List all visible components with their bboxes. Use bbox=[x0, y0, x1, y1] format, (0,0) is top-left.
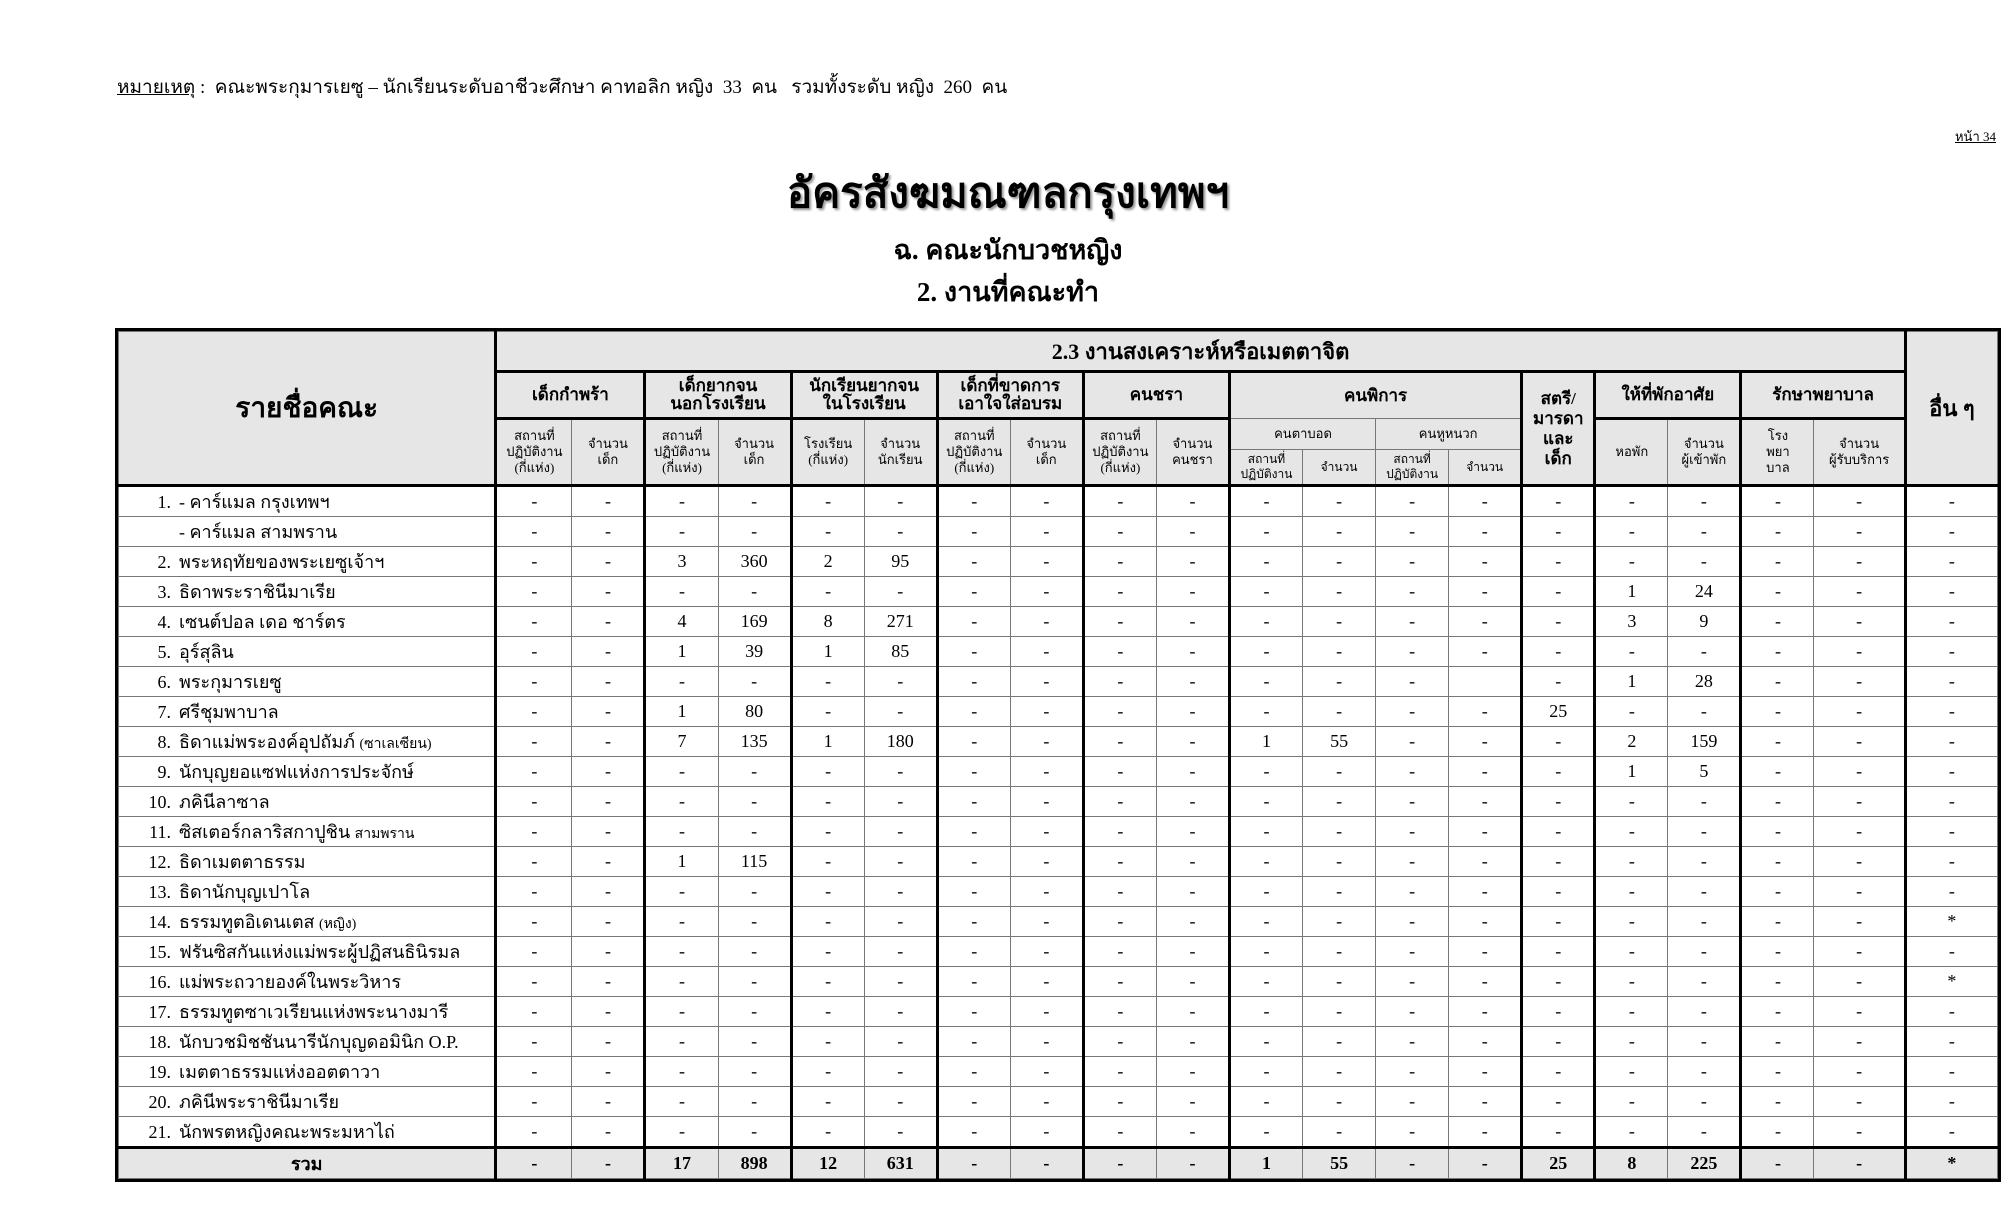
value-cell: - bbox=[791, 907, 864, 937]
value-cell: - bbox=[1522, 967, 1595, 997]
value-cell: - bbox=[496, 697, 572, 727]
value-cell: - bbox=[1303, 937, 1376, 967]
value-cell: 17 bbox=[645, 1148, 718, 1179]
value-cell: - bbox=[1668, 877, 1741, 907]
value-cell: 631 bbox=[864, 1148, 937, 1179]
value-cell: - bbox=[645, 1027, 718, 1057]
value-cell: - bbox=[1376, 937, 1449, 967]
header-nursing: รักษาพยาบาล bbox=[1741, 372, 1905, 419]
value-cell: - bbox=[1303, 697, 1376, 727]
value-cell: - bbox=[1376, 727, 1449, 757]
value-cell: - bbox=[1376, 577, 1449, 607]
value-cell: - bbox=[1449, 1148, 1522, 1179]
value-cell: - bbox=[1741, 817, 1814, 847]
value-cell: - bbox=[1229, 847, 1302, 877]
congregation-name: 7.ศรีชุมพาบาล bbox=[119, 697, 496, 727]
value-cell: - bbox=[1083, 637, 1156, 667]
value-cell: - bbox=[864, 517, 937, 547]
value-cell: - bbox=[496, 1027, 572, 1057]
value-cell: - bbox=[1449, 997, 1522, 1027]
value-cell: - bbox=[1083, 1027, 1156, 1057]
value-cell: - bbox=[1083, 1057, 1156, 1087]
value-cell: - bbox=[1449, 486, 1522, 517]
congregation-name: 4.เซนต์ปอล เดอ ชาร์ตร bbox=[119, 607, 496, 637]
table-row: 9.นักบุญยอแซฟแห่งการประจักษ์------------… bbox=[119, 757, 1998, 787]
table-row: 19.เมตตาธรรมแห่งออตตาวา-----------------… bbox=[119, 1057, 1998, 1087]
value-cell: - bbox=[1156, 967, 1229, 997]
value-cell: - bbox=[1814, 1148, 1905, 1179]
congregation-name: 6.พระกุมารเยซู bbox=[119, 667, 496, 697]
value-cell: - bbox=[1741, 577, 1814, 607]
value-cell: - bbox=[572, 877, 645, 907]
row-number: 9. bbox=[127, 762, 171, 783]
value-cell: - bbox=[1376, 1027, 1449, 1057]
value-cell: - bbox=[1376, 1057, 1449, 1087]
value-cell: - bbox=[1814, 1117, 1905, 1148]
congregation-name-text: นักพรตหญิงคณะพระมหาไถ่ bbox=[179, 1122, 395, 1142]
value-cell: - bbox=[572, 757, 645, 787]
value-cell: - bbox=[864, 667, 937, 697]
value-cell: 24 bbox=[1668, 577, 1741, 607]
value-cell: - bbox=[791, 1087, 864, 1117]
table-row: 16.แม่พระถวายองค์ในพระวิหาร-------------… bbox=[119, 967, 1998, 997]
value-cell: - bbox=[864, 847, 937, 877]
value-cell: - bbox=[791, 877, 864, 907]
table-row: 15.ฟรันซิสกันแห่งแม่พระผู้ปฏิสนธินิรมล--… bbox=[119, 937, 1998, 967]
value-cell: - bbox=[1668, 1117, 1741, 1148]
value-cell: - bbox=[1376, 967, 1449, 997]
value-cell: - bbox=[645, 967, 718, 997]
value-cell: - bbox=[1010, 727, 1083, 757]
value-cell: - bbox=[572, 817, 645, 847]
value-cell: - bbox=[1303, 997, 1376, 1027]
value-cell: - bbox=[496, 577, 572, 607]
value-cell: - bbox=[1156, 997, 1229, 1027]
value-cell: - bbox=[1303, 517, 1376, 547]
footnote-label: หมายเหตุ bbox=[117, 77, 195, 98]
value-cell: - bbox=[1083, 517, 1156, 547]
value-cell: - bbox=[937, 757, 1010, 787]
value-cell: 1 bbox=[645, 637, 718, 667]
page-number: หน้า 34 bbox=[1955, 126, 1996, 147]
value-cell: - bbox=[937, 1087, 1010, 1117]
value-cell: - bbox=[1595, 1027, 1668, 1057]
value-cell: - bbox=[1010, 907, 1083, 937]
value-cell: - bbox=[1595, 547, 1668, 577]
value-cell: - bbox=[1668, 967, 1741, 997]
value-cell: - bbox=[1376, 1117, 1449, 1148]
value-cell: - bbox=[937, 967, 1010, 997]
value-cell: - bbox=[1303, 967, 1376, 997]
value-cell: - bbox=[572, 787, 645, 817]
value-cell: - bbox=[1595, 1087, 1668, 1117]
value-cell: - bbox=[1156, 577, 1229, 607]
welfare-work-table: รายชื่อคณะ 2.3 งานสงเคราะห์หรือเมตตาจิต … bbox=[118, 331, 1998, 1179]
value-cell: - bbox=[1229, 907, 1302, 937]
row-number: 5. bbox=[127, 642, 171, 663]
value-cell: 1 bbox=[1229, 727, 1302, 757]
value-cell: - bbox=[718, 937, 791, 967]
value-cell: - bbox=[496, 967, 572, 997]
value-cell: - bbox=[1741, 727, 1814, 757]
value-cell: - bbox=[1010, 577, 1083, 607]
value-cell: - bbox=[1905, 1057, 1997, 1087]
header-dormitory: หอพัก bbox=[1595, 419, 1668, 486]
value-cell: - bbox=[1156, 757, 1229, 787]
row-number: 10. bbox=[127, 792, 171, 813]
header-poor-students-count: จำนวนนักเรียน bbox=[864, 419, 937, 486]
value-cell: - bbox=[1156, 1148, 1229, 1179]
value-cell: - bbox=[1303, 817, 1376, 847]
value-cell: - bbox=[1741, 1087, 1814, 1117]
value-cell: - bbox=[645, 877, 718, 907]
congregation-name: 13.ธิดานักบุญเปาโล bbox=[119, 877, 496, 907]
table-row: 10.ภคินีลาซาล-------------------- bbox=[119, 787, 1998, 817]
value-cell: - bbox=[1156, 937, 1229, 967]
value-cell: - bbox=[1156, 1057, 1229, 1087]
header-elderly-count: จำนวนคนชรา bbox=[1156, 419, 1229, 486]
value-cell: - bbox=[791, 486, 864, 517]
value-cell: - bbox=[1449, 1027, 1522, 1057]
value-cell: - bbox=[718, 877, 791, 907]
value-cell: - bbox=[1010, 517, 1083, 547]
value-cell: - bbox=[1303, 907, 1376, 937]
value-cell: - bbox=[1010, 877, 1083, 907]
value-cell: 55 bbox=[1303, 727, 1376, 757]
table-row: 8.ธิดาแม่พระองค์อุปถัมภ์ (ซาเลเซียน)--71… bbox=[119, 727, 1998, 757]
value-cell: - bbox=[1741, 607, 1814, 637]
value-cell: - bbox=[645, 997, 718, 1027]
value-cell: - bbox=[1814, 907, 1905, 937]
table-row: 3.ธิดาพระราชินีมาเรีย---------------124-… bbox=[119, 577, 1998, 607]
row-number: 2. bbox=[127, 552, 171, 573]
value-cell: - bbox=[1449, 517, 1522, 547]
value-cell: - bbox=[572, 637, 645, 667]
value-cell: - bbox=[1668, 1087, 1741, 1117]
value-cell: - bbox=[1522, 607, 1595, 637]
value-cell: - bbox=[1303, 1027, 1376, 1057]
row-number: 21. bbox=[127, 1122, 171, 1143]
header-deaf-places: สถานที่ปฏิบัติงาน bbox=[1376, 450, 1449, 486]
value-cell: - bbox=[572, 607, 645, 637]
value-cell: - bbox=[1083, 967, 1156, 997]
value-cell: - bbox=[1010, 1117, 1083, 1148]
value-cell: - bbox=[1083, 997, 1156, 1027]
value-cell: - bbox=[1905, 547, 1997, 577]
congregation-name: 19.เมตตาธรรมแห่งออตตาวา bbox=[119, 1057, 496, 1087]
header-blind: คนตาบอด bbox=[1229, 419, 1375, 450]
value-cell: 1 bbox=[645, 847, 718, 877]
value-cell: 2 bbox=[1595, 727, 1668, 757]
value-cell: - bbox=[1595, 787, 1668, 817]
value-cell: - bbox=[1156, 637, 1229, 667]
value-cell: - bbox=[864, 787, 937, 817]
value-cell: - bbox=[1156, 1027, 1229, 1057]
value-cell: - bbox=[1905, 757, 1997, 787]
value-cell: - bbox=[1449, 937, 1522, 967]
value-cell: - bbox=[1814, 1027, 1905, 1057]
congregation-name-text: - คาร์แมล สามพราน bbox=[179, 522, 337, 542]
value-cell: - bbox=[1229, 817, 1302, 847]
header-orphans: เด็กกำพร้า bbox=[496, 372, 645, 419]
value-cell: - bbox=[496, 997, 572, 1027]
value-cell: - bbox=[1668, 486, 1741, 517]
value-cell: - bbox=[791, 967, 864, 997]
table-row: 12.ธิดาเมตตาธรรม--1115---------------- bbox=[119, 847, 1998, 877]
table-row: 18.นักบวชมิชชันนารีนักบุญดอมินิก O.P.---… bbox=[119, 1027, 1998, 1057]
value-cell: - bbox=[1449, 727, 1522, 757]
value-cell: - bbox=[1741, 997, 1814, 1027]
value-cell: * bbox=[1905, 967, 1997, 997]
congregation-name-text: นักบุญยอแซฟแห่งการประจักษ์ bbox=[179, 762, 414, 782]
congregation-name: 12.ธิดาเมตตาธรรม bbox=[119, 847, 496, 877]
value-cell: - bbox=[791, 787, 864, 817]
value-cell: - bbox=[1905, 667, 1997, 697]
value-cell: 39 bbox=[718, 637, 791, 667]
value-cell: - bbox=[864, 817, 937, 847]
value-cell: - bbox=[1814, 967, 1905, 997]
header-disabled: คนพิการ bbox=[1229, 372, 1521, 419]
header-blind-count: จำนวน bbox=[1303, 450, 1376, 486]
value-cell: - bbox=[645, 577, 718, 607]
value-cell: - bbox=[496, 1117, 572, 1148]
value-cell: - bbox=[1522, 667, 1595, 697]
value-cell: - bbox=[496, 877, 572, 907]
congregation-name: - คาร์แมล สามพราน bbox=[119, 517, 496, 547]
value-cell: - bbox=[1229, 697, 1302, 727]
value-cell: - bbox=[1229, 486, 1302, 517]
value-cell: - bbox=[718, 1057, 791, 1087]
value-cell: - bbox=[1905, 877, 1997, 907]
value-cell: 55 bbox=[1303, 1148, 1376, 1179]
value-cell: - bbox=[1741, 697, 1814, 727]
row-number: 12. bbox=[127, 852, 171, 873]
value-cell: - bbox=[1303, 1057, 1376, 1087]
value-cell: - bbox=[1083, 607, 1156, 637]
congregation-name-text: ฟรันซิสกันแห่งแม่พระผู้ปฏิสนธินิรมล bbox=[179, 942, 460, 962]
value-cell: - bbox=[572, 697, 645, 727]
value-cell: - bbox=[645, 1087, 718, 1117]
value-cell: - bbox=[1083, 1087, 1156, 1117]
value-cell: 115 bbox=[718, 847, 791, 877]
value-cell: - bbox=[1814, 486, 1905, 517]
value-cell: - bbox=[496, 727, 572, 757]
value-cell: - bbox=[1376, 877, 1449, 907]
table-row: - คาร์แมล สามพราน-------------------- bbox=[119, 517, 1998, 547]
value-cell: - bbox=[718, 486, 791, 517]
value-cell: - bbox=[1814, 787, 1905, 817]
header-hospital: โรงพยาบาล bbox=[1741, 419, 1814, 486]
value-cell: - bbox=[1814, 757, 1905, 787]
value-cell: - bbox=[645, 757, 718, 787]
value-cell: - bbox=[1376, 517, 1449, 547]
value-cell: - bbox=[937, 847, 1010, 877]
value-cell: - bbox=[1303, 667, 1376, 697]
value-cell: - bbox=[1229, 967, 1302, 997]
value-cell: 25 bbox=[1522, 1148, 1595, 1179]
value-cell: - bbox=[1668, 1057, 1741, 1087]
value-cell: * bbox=[1905, 1148, 1997, 1179]
value-cell: - bbox=[718, 517, 791, 547]
value-cell: 7 bbox=[645, 727, 718, 757]
value-cell: - bbox=[1741, 967, 1814, 997]
value-cell: - bbox=[1303, 577, 1376, 607]
value-cell: - bbox=[1303, 607, 1376, 637]
value-cell: - bbox=[1156, 486, 1229, 517]
value-cell: - bbox=[1741, 1027, 1814, 1057]
page-title: อัครสังฆมณฑลกรุงเทพฯ bbox=[0, 160, 2016, 226]
value-cell: - bbox=[1814, 607, 1905, 637]
value-cell: - bbox=[496, 1148, 572, 1179]
value-cell: - bbox=[1522, 877, 1595, 907]
value-cell: - bbox=[1303, 757, 1376, 787]
value-cell: - bbox=[864, 967, 937, 997]
value-cell: - bbox=[1741, 1057, 1814, 1087]
value-cell: - bbox=[1522, 847, 1595, 877]
value-cell: - bbox=[1668, 937, 1741, 967]
value-cell: - bbox=[496, 547, 572, 577]
value-cell: - bbox=[864, 877, 937, 907]
value-cell: - bbox=[937, 577, 1010, 607]
value-cell: - bbox=[1741, 877, 1814, 907]
value-cell: - bbox=[1741, 667, 1814, 697]
value-cell: - bbox=[791, 517, 864, 547]
value-cell: 1 bbox=[791, 727, 864, 757]
value-cell: - bbox=[718, 787, 791, 817]
value-cell: - bbox=[1376, 637, 1449, 667]
value-cell: - bbox=[572, 1117, 645, 1148]
value-cell: - bbox=[496, 937, 572, 967]
header-neglected-places: สถานที่ปฏิบัติงาน(กี่แห่ง) bbox=[937, 419, 1010, 486]
value-cell: - bbox=[1303, 1117, 1376, 1148]
value-cell bbox=[1449, 667, 1522, 697]
value-cell: - bbox=[1229, 937, 1302, 967]
value-cell: - bbox=[1522, 517, 1595, 547]
value-cell: - bbox=[1229, 757, 1302, 787]
value-cell: 85 bbox=[864, 637, 937, 667]
value-cell: - bbox=[1595, 517, 1668, 547]
congregation-name: 18.นักบวชมิชชันนารีนักบุญดอมินิก O.P. bbox=[119, 1027, 496, 1057]
congregation-name-text: ธิดาพระราชินีมาเรีย bbox=[179, 582, 336, 602]
value-cell: - bbox=[1814, 697, 1905, 727]
value-cell: - bbox=[1595, 847, 1668, 877]
value-cell: - bbox=[645, 1057, 718, 1087]
value-cell: - bbox=[496, 486, 572, 517]
value-cell: - bbox=[1668, 817, 1741, 847]
value-cell: - bbox=[718, 667, 791, 697]
value-cell: - bbox=[1449, 907, 1522, 937]
value-cell: - bbox=[572, 1148, 645, 1179]
value-cell: - bbox=[1741, 757, 1814, 787]
header-shelter: ให้ที่พักอาศัย bbox=[1595, 372, 1741, 419]
value-cell: - bbox=[1814, 937, 1905, 967]
value-cell: - bbox=[791, 697, 864, 727]
value-cell: - bbox=[1229, 607, 1302, 637]
value-cell: - bbox=[1083, 577, 1156, 607]
value-cell: - bbox=[572, 486, 645, 517]
value-cell: - bbox=[1449, 757, 1522, 787]
value-cell: 3 bbox=[1595, 607, 1668, 637]
congregation-name-text: ธิดาเมตตาธรรม bbox=[179, 852, 305, 872]
header-patients-served: จำนวนผู้รับบริการ bbox=[1814, 419, 1905, 486]
value-cell: - bbox=[1595, 967, 1668, 997]
value-cell: - bbox=[1741, 847, 1814, 877]
value-cell: - bbox=[864, 697, 937, 727]
value-cell: - bbox=[937, 997, 1010, 1027]
value-cell: - bbox=[1668, 907, 1741, 937]
congregation-name: 14.ธรรมทูตอิเดนเตส (หญิง) bbox=[119, 907, 496, 937]
value-cell: - bbox=[1905, 1027, 1997, 1057]
value-cell: 95 bbox=[864, 547, 937, 577]
value-cell: - bbox=[1376, 1087, 1449, 1117]
value-cell: - bbox=[864, 907, 937, 937]
value-cell: - bbox=[1156, 727, 1229, 757]
header-other: อื่น ๆ bbox=[1905, 332, 1997, 486]
value-cell: - bbox=[1376, 907, 1449, 937]
footnote-text: : คณะพระกุมารเยซู – นักเรียนระดับอาชีวะศ… bbox=[195, 77, 1007, 98]
value-cell: - bbox=[1229, 517, 1302, 547]
value-cell: - bbox=[496, 847, 572, 877]
value-cell: - bbox=[1595, 1117, 1668, 1148]
value-cell: - bbox=[1595, 907, 1668, 937]
value-cell: - bbox=[937, 547, 1010, 577]
value-cell: - bbox=[1595, 937, 1668, 967]
value-cell: - bbox=[1156, 907, 1229, 937]
value-cell: - bbox=[1814, 667, 1905, 697]
value-cell: - bbox=[496, 757, 572, 787]
congregation-name: 10.ภคินีลาซาล bbox=[119, 787, 496, 817]
value-cell: - bbox=[937, 637, 1010, 667]
value-cell: 1 bbox=[1595, 577, 1668, 607]
congregation-name-text: อุร์สุลิน bbox=[179, 642, 234, 662]
value-cell: 5 bbox=[1668, 757, 1741, 787]
value-cell: - bbox=[1303, 1087, 1376, 1117]
value-cell: - bbox=[1668, 997, 1741, 1027]
value-cell: - bbox=[1522, 577, 1595, 607]
congregation-name-note: (หญิง) bbox=[319, 917, 356, 932]
value-cell: 2 bbox=[791, 547, 864, 577]
value-cell: - bbox=[1595, 1057, 1668, 1087]
value-cell: 1 bbox=[791, 637, 864, 667]
value-cell: - bbox=[1905, 486, 1997, 517]
value-cell: - bbox=[572, 967, 645, 997]
value-cell: - bbox=[1303, 637, 1376, 667]
header-elderly: คนชรา bbox=[1083, 372, 1229, 419]
value-cell: - bbox=[1156, 547, 1229, 577]
value-cell: 28 bbox=[1668, 667, 1741, 697]
value-cell: 159 bbox=[1668, 727, 1741, 757]
value-cell: - bbox=[1741, 486, 1814, 517]
row-number: 19. bbox=[127, 1062, 171, 1083]
value-cell: - bbox=[1522, 727, 1595, 757]
congregation-name: 16.แม่พระถวายองค์ในพระวิหาร bbox=[119, 967, 496, 997]
value-cell: - bbox=[1814, 637, 1905, 667]
value-cell: - bbox=[1010, 757, 1083, 787]
value-cell: - bbox=[645, 907, 718, 937]
value-cell: - bbox=[1522, 637, 1595, 667]
row-number: 13. bbox=[127, 882, 171, 903]
value-cell: - bbox=[1010, 847, 1083, 877]
value-cell: - bbox=[1156, 847, 1229, 877]
value-cell: - bbox=[1449, 967, 1522, 997]
value-cell: - bbox=[864, 1087, 937, 1117]
congregation-name-text: ธิดาแม่พระองค์อุปถัมภ์ bbox=[179, 732, 359, 752]
total-row: รวม--1789812631----155--258225--* bbox=[119, 1148, 1998, 1179]
value-cell: - bbox=[1905, 637, 1997, 667]
value-cell: - bbox=[1814, 997, 1905, 1027]
value-cell: - bbox=[645, 937, 718, 967]
value-cell: - bbox=[572, 847, 645, 877]
